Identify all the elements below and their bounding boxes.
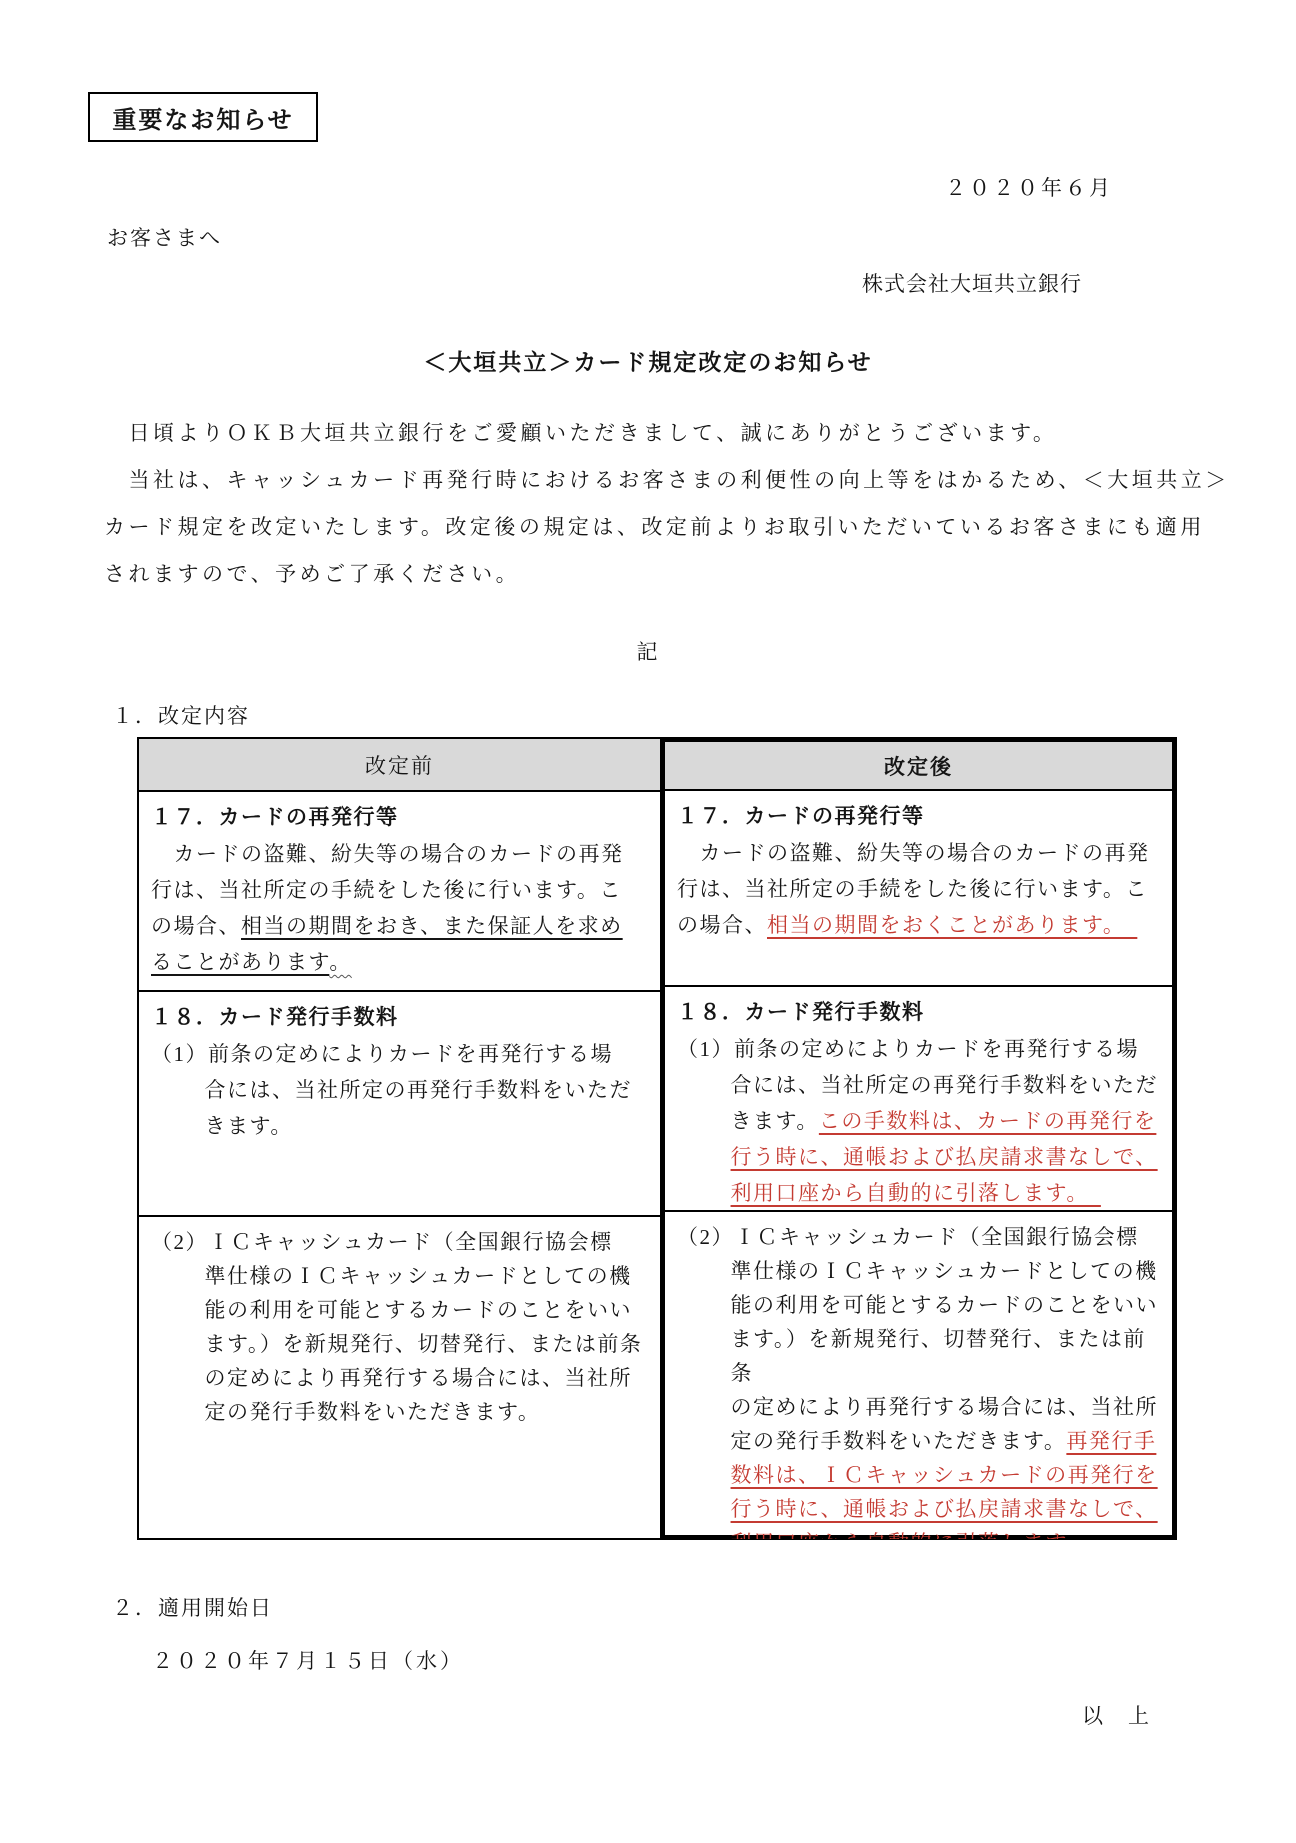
section-2-heading: ２．適用開始日 (112, 1592, 273, 1622)
clause17-heading-after: １７．カードの再発行等 (677, 799, 1160, 835)
cell-clause17-before: １７．カードの再発行等 カードの盗難、紛失等の場合のカードの再発 行は、当社所定… (139, 792, 660, 992)
document-title: ＜大垣共立＞カード規定改定のお知らせ (0, 344, 1296, 377)
section-1-heading: １．改定内容 (112, 700, 250, 730)
clause18-2-text-before: （2）ＩＣキャッシュカード（全国銀行協会標 準仕様のＩＣキャッシュカードとしての… (151, 1225, 648, 1429)
clause18-1-before-plain: （1）前条の定めによりカードを再発行する場 合には、当社所定の再発行手数料をいた… (151, 1042, 632, 1138)
bank-notice-document: 重要なお知らせ ２０２０年６月 お客さまへ 株式会社大垣共立銀行 ＜大垣共立＞カ… (0, 0, 1296, 1843)
column-before-revision: 改定前 １７．カードの再発行等 カードの盗難、紛失等の場合のカードの再発 行は、… (137, 737, 660, 1540)
clause17-heading: １７．カードの再発行等 (151, 800, 648, 836)
cell-clause17-after: １７．カードの再発行等 カードの盗難、紛失等の場合のカードの再発 行は、当社所定… (665, 791, 1172, 987)
clause18-1-text-after: （1）前条の定めによりカードを再発行する場 合には、当社所定の再発行手数料をいた… (677, 1031, 1160, 1211)
clause18-2-after-plain: （2）ＩＣキャッシュカード（全国銀行協会標 準仕様のＩＣキャッシュカードとしての… (677, 1225, 1158, 1453)
column-after-revision: 改定後 １７．カードの再発行等 カードの盗難、紛失等の場合のカードの再発 行は、… (660, 737, 1177, 1540)
column-header-after: 改定後 (665, 742, 1172, 791)
intro-paragraph-1: 日頃よりＯＫＢ大垣共立銀行をご愛顧いただきまして、誠にありがとうございます。 (104, 410, 1254, 457)
clause18-2-text-after: （2）ＩＣキャッシュカード（全国銀行協会標 準仕様のＩＣキャッシュカードとしての… (677, 1220, 1160, 1539)
cell-clause18-2-before: （2）ＩＣキャッシュカード（全国銀行協会標 準仕様のＩＣキャッシュカードとしての… (139, 1217, 660, 1540)
record-mark: 記 (0, 636, 1296, 666)
clause18-2-before-plain: （2）ＩＣキャッシュカード（全国銀行協会標 準仕様のＩＣキャッシュカードとしての… (151, 1230, 642, 1424)
cell-clause18-1-after: １８．カード発行手数料 （1）前条の定めによりカードを再発行する場 合には、当社… (665, 987, 1172, 1212)
clause18-heading: １８．カード発行手数料 (151, 1000, 648, 1036)
clause17-text-after: カードの盗難、紛失等の場合のカードの再発 行は、当社所定の手続をした後に行います… (677, 835, 1160, 943)
company-name: 株式会社大垣共立銀行 (862, 268, 1082, 298)
clause17-after-red-change: 相当の期間をおくことがあります。 (767, 913, 1137, 937)
clause17-text-before: カードの盗難、紛失等の場合のカードの再発 行は、当社所定の手続をした後に行います… (151, 836, 648, 980)
intro-paragraphs: 日頃よりＯＫＢ大垣共立銀行をご愛顧いただきまして、誠にありがとうございます。 当… (104, 410, 1254, 598)
cell-clause18-2-after: （2）ＩＣキャッシュカード（全国銀行協会標 準仕様のＩＣキャッシュカードとしての… (665, 1212, 1172, 1539)
closing-mark: 以 上 (1082, 1700, 1151, 1730)
revision-comparison-table: 改定前 １７．カードの再発行等 カードの盗難、紛失等の場合のカードの再発 行は、… (137, 737, 1177, 1540)
important-notice-box: 重要なお知らせ (88, 92, 318, 142)
column-header-before: 改定前 (139, 739, 660, 792)
effective-date: ２０２０年７月１５日（水） (152, 1645, 464, 1675)
intro-paragraph-2: 当社は、キャッシュカード再発行時におけるお客さまの利便性の向上等をはかるため、＜… (104, 457, 1254, 598)
cell-clause18-1-before: １８．カード発行手数料 （1）前条の定めによりカードを再発行する場 合には、当社… (139, 992, 660, 1217)
clause18-heading-after: １８．カード発行手数料 (677, 995, 1160, 1031)
issue-date: ２０２０年６月 (945, 172, 1113, 202)
important-notice-label: 重要なお知らせ (112, 100, 293, 135)
salutation: お客さまへ (107, 222, 222, 252)
clause17-before-wavy-mark: 。 (329, 950, 352, 974)
clause18-1-text-before: （1）前条の定めによりカードを再発行する場 合には、当社所定の再発行手数料をいた… (151, 1036, 648, 1144)
